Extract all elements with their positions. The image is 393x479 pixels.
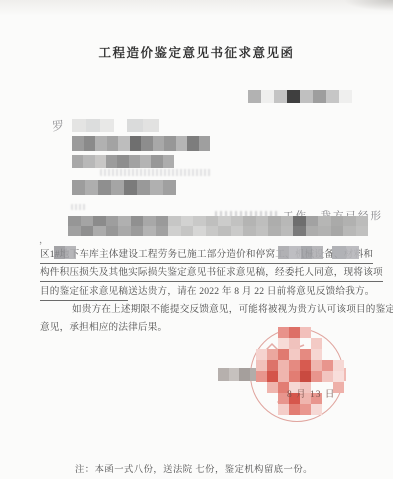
- redaction-inline-l1-c: [332, 246, 359, 259]
- paragraph1-line2: 区1#地下车库主体建设工程劳务已施工部分造价和停窝工、机械设备、材料和: [40, 246, 373, 264]
- document-title: 工程造价鉴定意见书征求意见函: [0, 43, 393, 61]
- margin-comma-mark: ，: [39, 231, 49, 246]
- paragraph2-line2: 意见，承担相应的法律后果。: [40, 319, 167, 333]
- paragraph1-line4-rest: 送达贵方，请在 2022 年 8 月 22 日前将意见反馈给我方。: [128, 286, 374, 297]
- redaction-header-right: [248, 90, 352, 103]
- redaction-addr-line-3: [72, 155, 174, 168]
- paragraph1-line4: 目的鉴定征求意见稿送达贵方，请在 2022 年 8 月 22 日前将意见反馈给我…: [40, 283, 375, 301]
- paragraph1-line3-text: 构件积压损失及其他实际损失鉴定意见书征求意见稿，经委托人同意，现将该项: [40, 264, 383, 282]
- paragraph1-line3: 构件积压损失及其他实际损失鉴定意见书征求意见稿，经委托人同意，现将该项: [40, 264, 383, 282]
- redaction-inline-l1-b: [278, 246, 323, 259]
- redaction-addr-line-1b: [127, 119, 159, 132]
- handwritten-mark: 罗: [51, 116, 65, 134]
- paragraph1-line2-text: 区1#地下车库主体建设工程劳务已施工部分造价和停窝工、机械设备、材料和: [40, 246, 373, 264]
- redaction-inline-l1-a: [54, 246, 76, 259]
- redaction-addr-line-4: [72, 180, 176, 195]
- paragraph2-line1: 如贵方在上述期限不能提交反馈意见，可能将被视为贵方认可该项目的鉴定: [72, 301, 393, 315]
- paragraph1-line4-underlined: 目的鉴定征求意见稿: [40, 283, 128, 301]
- redaction-para-band: [68, 216, 368, 236]
- faint-smudge: [71, 204, 87, 210]
- scanned-letter-page: 工程造价鉴定意见书征求意见函 罗 工作，我方已经形 ， 区1#地下车库主体建设工…: [0, 0, 393, 479]
- stamp-date: 8 月 13 日: [287, 386, 335, 400]
- redaction-stamp-mosaic: [256, 327, 344, 415]
- redaction-addr-line-2: [72, 136, 210, 151]
- blurred-fine-print: [100, 169, 212, 176]
- redaction-addr-line-1a: [72, 119, 114, 132]
- footnote: 注：本函一式八份，送法院 七份，鉴定机构留底一份。: [75, 461, 313, 475]
